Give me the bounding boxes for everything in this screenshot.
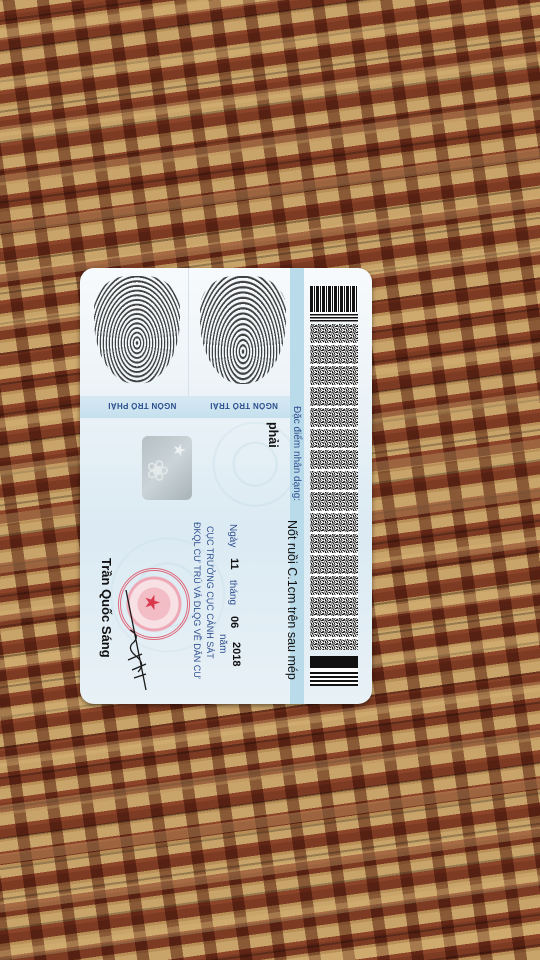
issuer-title-line1: CỤC TRƯỞNG CỤC CẢNH SÁT bbox=[205, 526, 215, 659]
id-card-back: NGÓN TRỎ PHẢI NGÓN TRỎ TRÁI ★ ❀ Đặc điểm… bbox=[80, 268, 372, 704]
lotus-icon: ❀ bbox=[141, 459, 174, 482]
left-index-label: NGÓN TRỎ TRÁI bbox=[210, 401, 278, 410]
star-icon: ★ bbox=[169, 443, 189, 457]
identifying-features-label: Đặc điểm nhân dạng: bbox=[291, 406, 302, 501]
issue-month-label: tháng bbox=[227, 580, 238, 605]
barcode-bottom-bars bbox=[310, 656, 358, 686]
issue-month: 06 bbox=[228, 616, 240, 628]
identifying-features-value: Nốt ruồi C.1cm trên sau mép bbox=[285, 520, 299, 680]
signature-icon bbox=[120, 590, 150, 700]
issue-day: 11 bbox=[228, 558, 240, 570]
right-index-label: NGÓN TRỎ PHẢI bbox=[108, 401, 176, 410]
issue-year: 2018 bbox=[230, 642, 242, 666]
national-emblem-hologram-icon: ★ ❀ bbox=[142, 436, 192, 500]
issuer-title-line2: ĐKQL CƯ TRÚ VÀ DLQG VỀ DÂN CƯ bbox=[192, 522, 202, 679]
barcode-top-bars bbox=[310, 286, 358, 314]
identifying-features-value-cont: phải bbox=[266, 422, 280, 448]
barcode-icon bbox=[310, 286, 358, 690]
fingerprint-divider bbox=[188, 268, 189, 396]
barcode-matrix bbox=[310, 324, 358, 650]
issue-year-label: năm bbox=[217, 634, 228, 653]
signer-name: Trần Quốc Sáng bbox=[99, 558, 114, 658]
issue-day-label: Ngày bbox=[227, 524, 238, 547]
